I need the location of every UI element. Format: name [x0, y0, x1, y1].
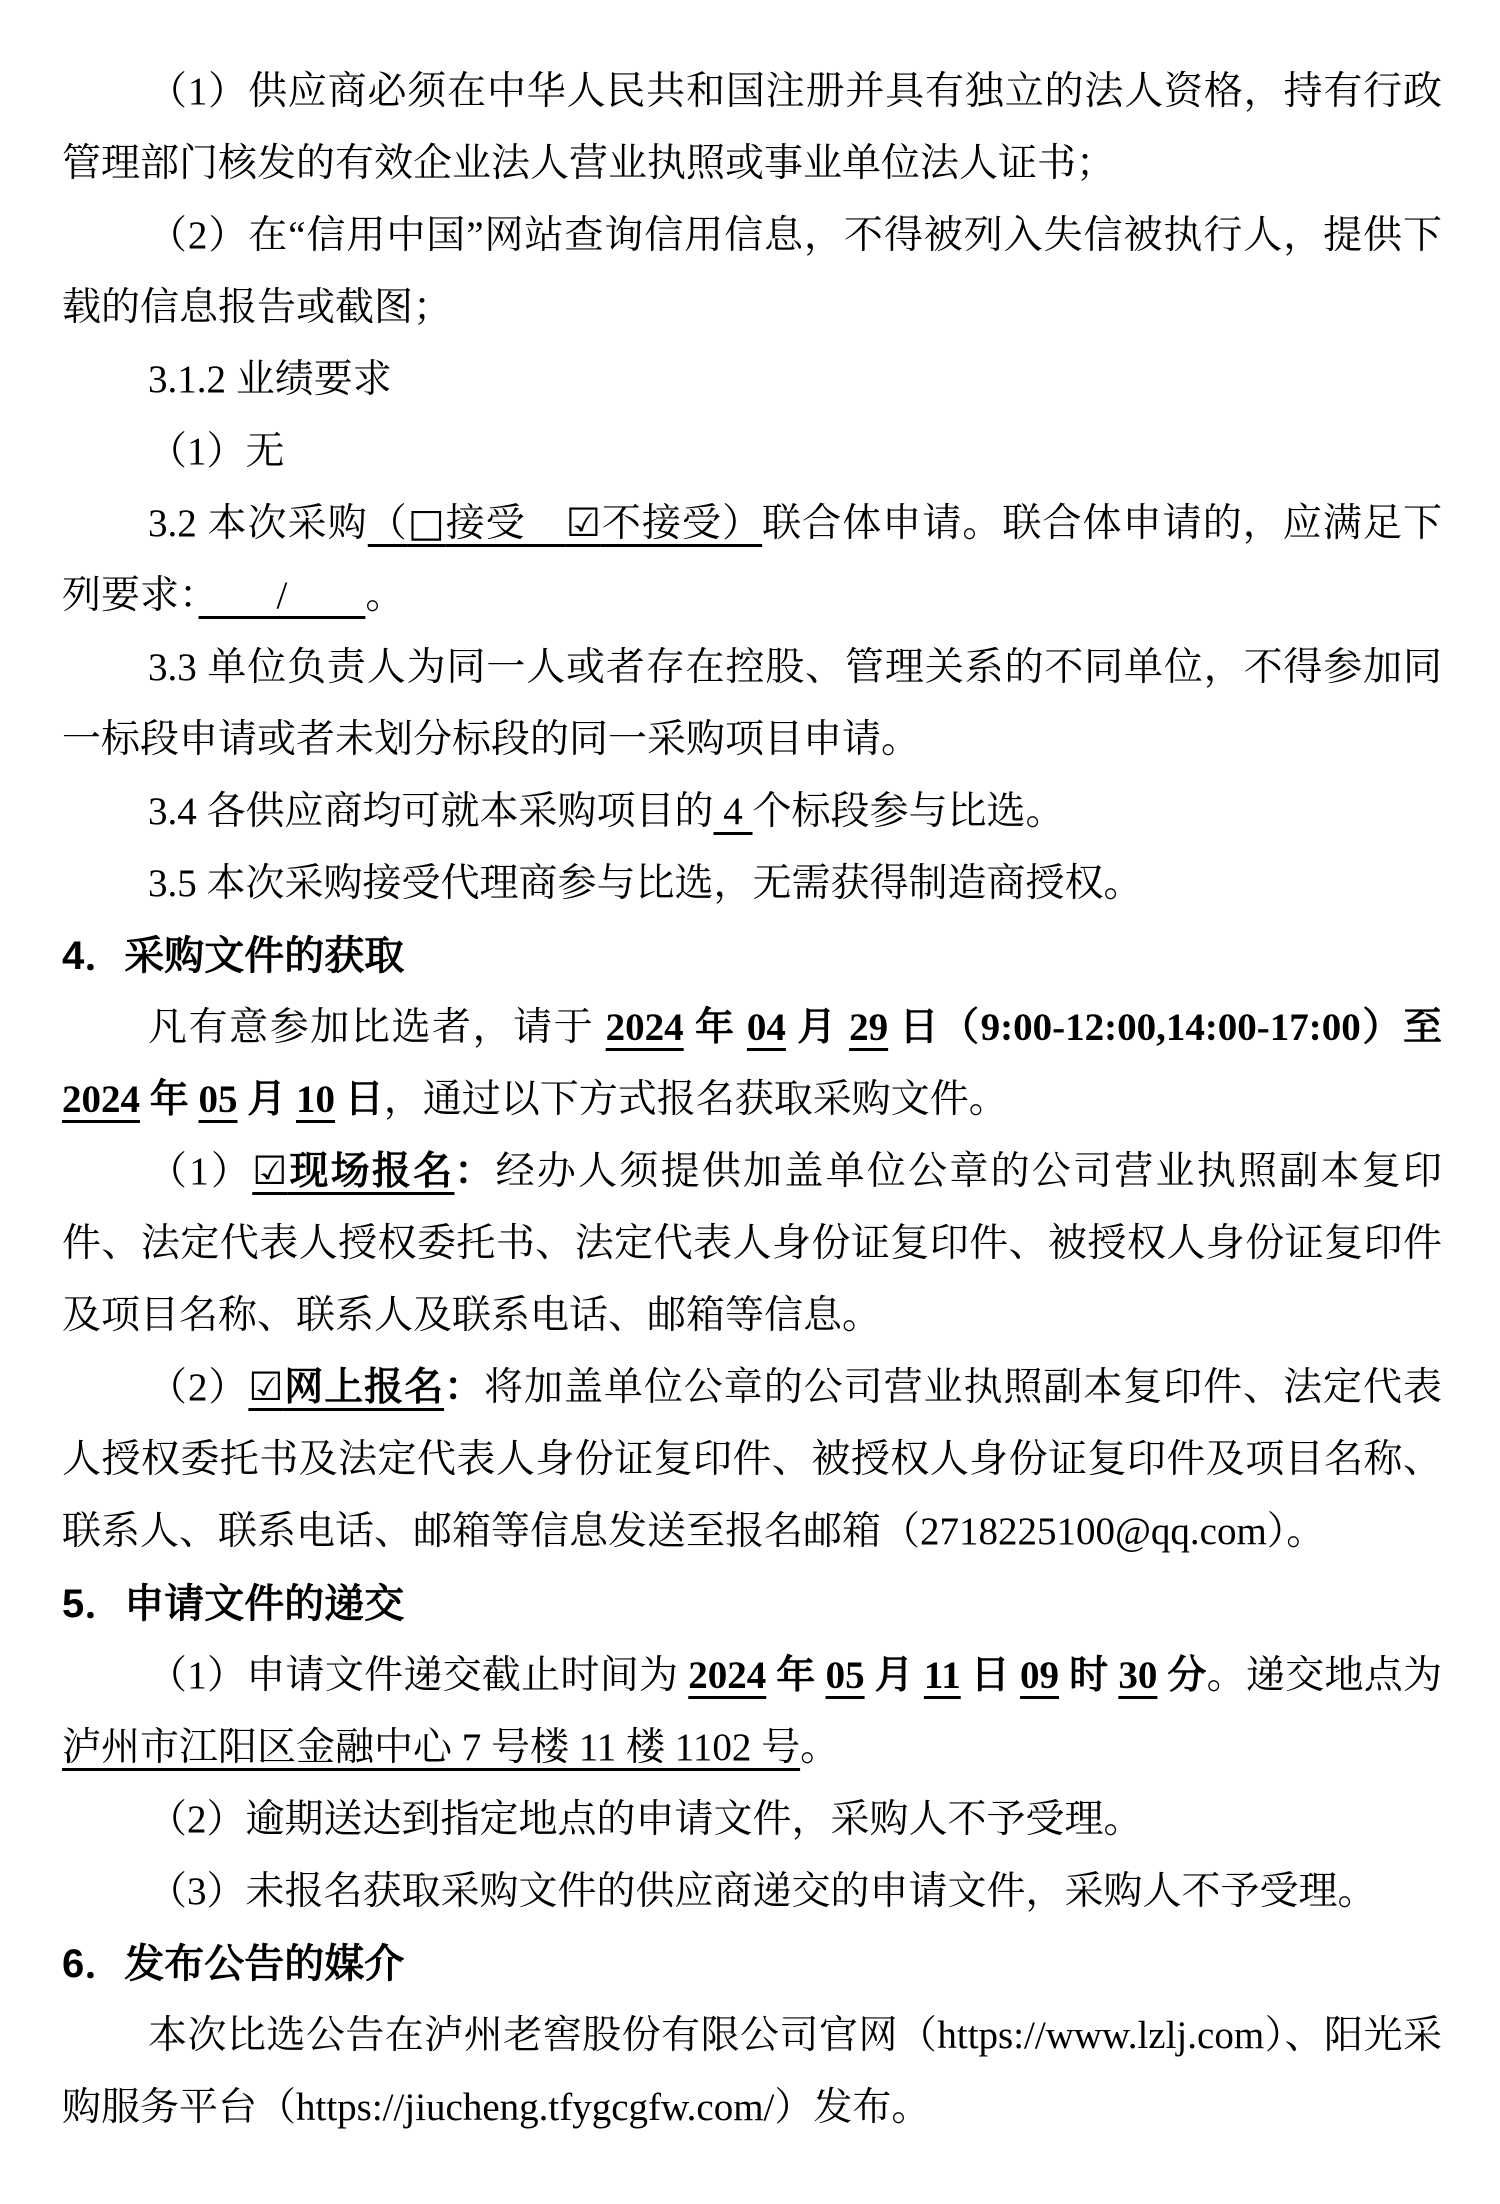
text-run: 日 [961, 1654, 1020, 1697]
section-heading-4: 4．采购文件的获取 [62, 920, 1442, 992]
text-run: 。 [365, 574, 404, 617]
section-heading-5: 5．申请文件的递交 [62, 1568, 1442, 1640]
text-run: （ [368, 502, 408, 545]
text-run: 月 [786, 1006, 849, 1049]
end-year-value: 2024 [62, 1078, 140, 1121]
checkbox-unchecked-icon: □ [408, 501, 446, 546]
paragraph-announcement-media: 本次比选公告在泸州老窖股份有限公司官网（https://www.lzlj.com… [62, 2000, 1442, 2144]
paragraph-online-registration: （2）☑网上报名：将加盖单位公章的公司营业执照副本复印件、法定代表人授权委托书及… [62, 1352, 1442, 1568]
text-run: 3.3 单位负责人为同一人或者存在控股、管理关系的不同单位，不得参加同一标段申请… [62, 646, 1442, 761]
checkbox-checked-icon: ☑ [566, 501, 601, 546]
paragraph-unregistered-submission: （3）未报名获取采购文件的供应商递交的申请文件，采购人不予受理。 [62, 1856, 1442, 1928]
text-run: 月 [865, 1654, 924, 1697]
office-hours-value: （9:00-12:00,14:00-17:00） [940, 1006, 1403, 1049]
text-run: 年 [140, 1078, 199, 1121]
text-run: 月 [238, 1078, 297, 1121]
paragraph-onsite-registration: （1）☑现场报名：经办人须提供加盖单位公章的公司营业执照副本复印件、法定代表人授… [62, 1136, 1442, 1352]
underlined-blank: / [199, 574, 366, 617]
deadline-minute-value: 30 [1118, 1654, 1157, 1697]
clause-credit-china: （2）在“信用中国”网站查询信用信息，不得被列入失信被执行人，提供下载的信息报告… [62, 200, 1442, 344]
text-run: （2）在“信用中国”网站查询信用信息，不得被列入失信被执行人，提供下载的信息报告… [62, 214, 1442, 329]
onsite-registration-label: 现场报名 [287, 1150, 454, 1193]
text-run: 不接受） [601, 502, 762, 545]
text-run: （2）逾期送达到指定地点的申请文件，采购人不予受理。 [148, 1798, 1143, 1841]
deadline-month-value: 05 [826, 1654, 865, 1697]
text-run: 接受 [446, 502, 566, 545]
clause-3-4-lots: 3.4 各供应商均可就本采购项目的 4 个标段参与比选。 [62, 776, 1442, 848]
clause-3-2-consortium: 3.2 本次采购（□接受 ☑不接受）联合体申请。联合体申请的，应满足下列要求： … [62, 488, 1442, 632]
text-run: （1）供应商必须在中华人民共和国注册并具有独立的法人资格，持有行政管理部门核发的… [62, 70, 1442, 185]
text-run: 日 [335, 1078, 384, 1121]
paragraph-late-submission: （2）逾期送达到指定地点的申请文件，采购人不予受理。 [62, 1784, 1442, 1856]
clause-3-5-agents: 3.5 本次采购接受代理商参与比选，无需获得制造商授权。 [62, 848, 1442, 920]
text-run: （3）未报名获取采购文件的供应商递交的申请文件，采购人不予受理。 [148, 1870, 1377, 1913]
deadline-hour-value: 09 [1020, 1654, 1059, 1697]
document-page: （1）供应商必须在中华人民共和国注册并具有独立的法人资格，持有行政管理部门核发的… [0, 0, 1500, 2204]
text-run: 年 [766, 1654, 825, 1697]
text-run: （1）申请文件递交截止时间为 [148, 1654, 688, 1697]
text-run: 。递交地点为 [1207, 1654, 1442, 1697]
text-run: （1）无 [148, 430, 285, 473]
text-run: ，通过以下方式报名获取采购文件。 [384, 1078, 1008, 1121]
text-run: 3.1.2 业绩要求 [148, 358, 392, 401]
text-run: 3.2 本次采购 [148, 502, 368, 545]
clause-3-3-same-person: 3.3 单位负责人为同一人或者存在控股、管理关系的不同单位，不得参加同一标段申请… [62, 632, 1442, 776]
text-run: 个标段参与比选。 [753, 790, 1065, 833]
clause-supplier-qualification: （1）供应商必须在中华人民共和国注册并具有独立的法人资格，持有行政管理部门核发的… [62, 56, 1442, 200]
checkbox-checked-icon: ☑ [252, 1149, 287, 1194]
text-run: 时 [1059, 1654, 1118, 1697]
lot-count-value: 4 [714, 790, 753, 833]
start-year-value: 2024 [606, 1006, 684, 1049]
text-run: 凡有意参加比选者，请于 [148, 1006, 606, 1049]
text-run: 分 [1157, 1654, 1206, 1697]
deadline-year-value: 2024 [688, 1654, 766, 1697]
text-run: 3.4 各供应商均可就本采购项目的 [148, 790, 714, 833]
text-run: ： [454, 1150, 495, 1193]
text-run: 日 [888, 1006, 940, 1049]
end-month-value: 05 [199, 1078, 238, 1121]
clause-3-1-2-item: （1）无 [62, 416, 1442, 488]
text-run: （2） [148, 1366, 248, 1409]
checkbox-checked-icon: ☑ [248, 1365, 283, 1410]
text-run: 年 [684, 1006, 747, 1049]
paragraph-submission-deadline: （1）申请文件递交截止时间为 2024 年 05 月 11 日 09 时 30 … [62, 1640, 1442, 1784]
text-run: 至 [1403, 1006, 1452, 1049]
deadline-day-value: 11 [924, 1654, 961, 1697]
start-month-value: 04 [747, 1006, 786, 1049]
online-registration-label: 网上报名 [283, 1366, 444, 1409]
submission-address-value: 泸州市江阳区金融中心 7 号楼 11 楼 1102 号 [62, 1726, 800, 1769]
section-heading-6: 6．发布公告的媒介 [62, 1928, 1442, 2000]
text-run: 。 [800, 1726, 839, 1769]
text-run: 3.5 本次采购接受代理商参与比选，无需获得制造商授权。 [148, 862, 1143, 905]
text-run: ： [444, 1366, 484, 1409]
paragraph-obtain-documents: 凡有意参加比选者，请于 2024 年 04 月 29 日（9:00-12:00,… [62, 992, 1442, 1136]
clause-3-1-2-title: 3.1.2 业绩要求 [62, 344, 1442, 416]
start-day-value: 29 [849, 1006, 888, 1049]
end-day-value: 10 [296, 1078, 335, 1121]
text-run: （1） [148, 1150, 252, 1193]
text-run: 本次比选公告在泸州老窖股份有限公司官网（https://www.lzlj.com… [62, 2014, 1442, 2129]
